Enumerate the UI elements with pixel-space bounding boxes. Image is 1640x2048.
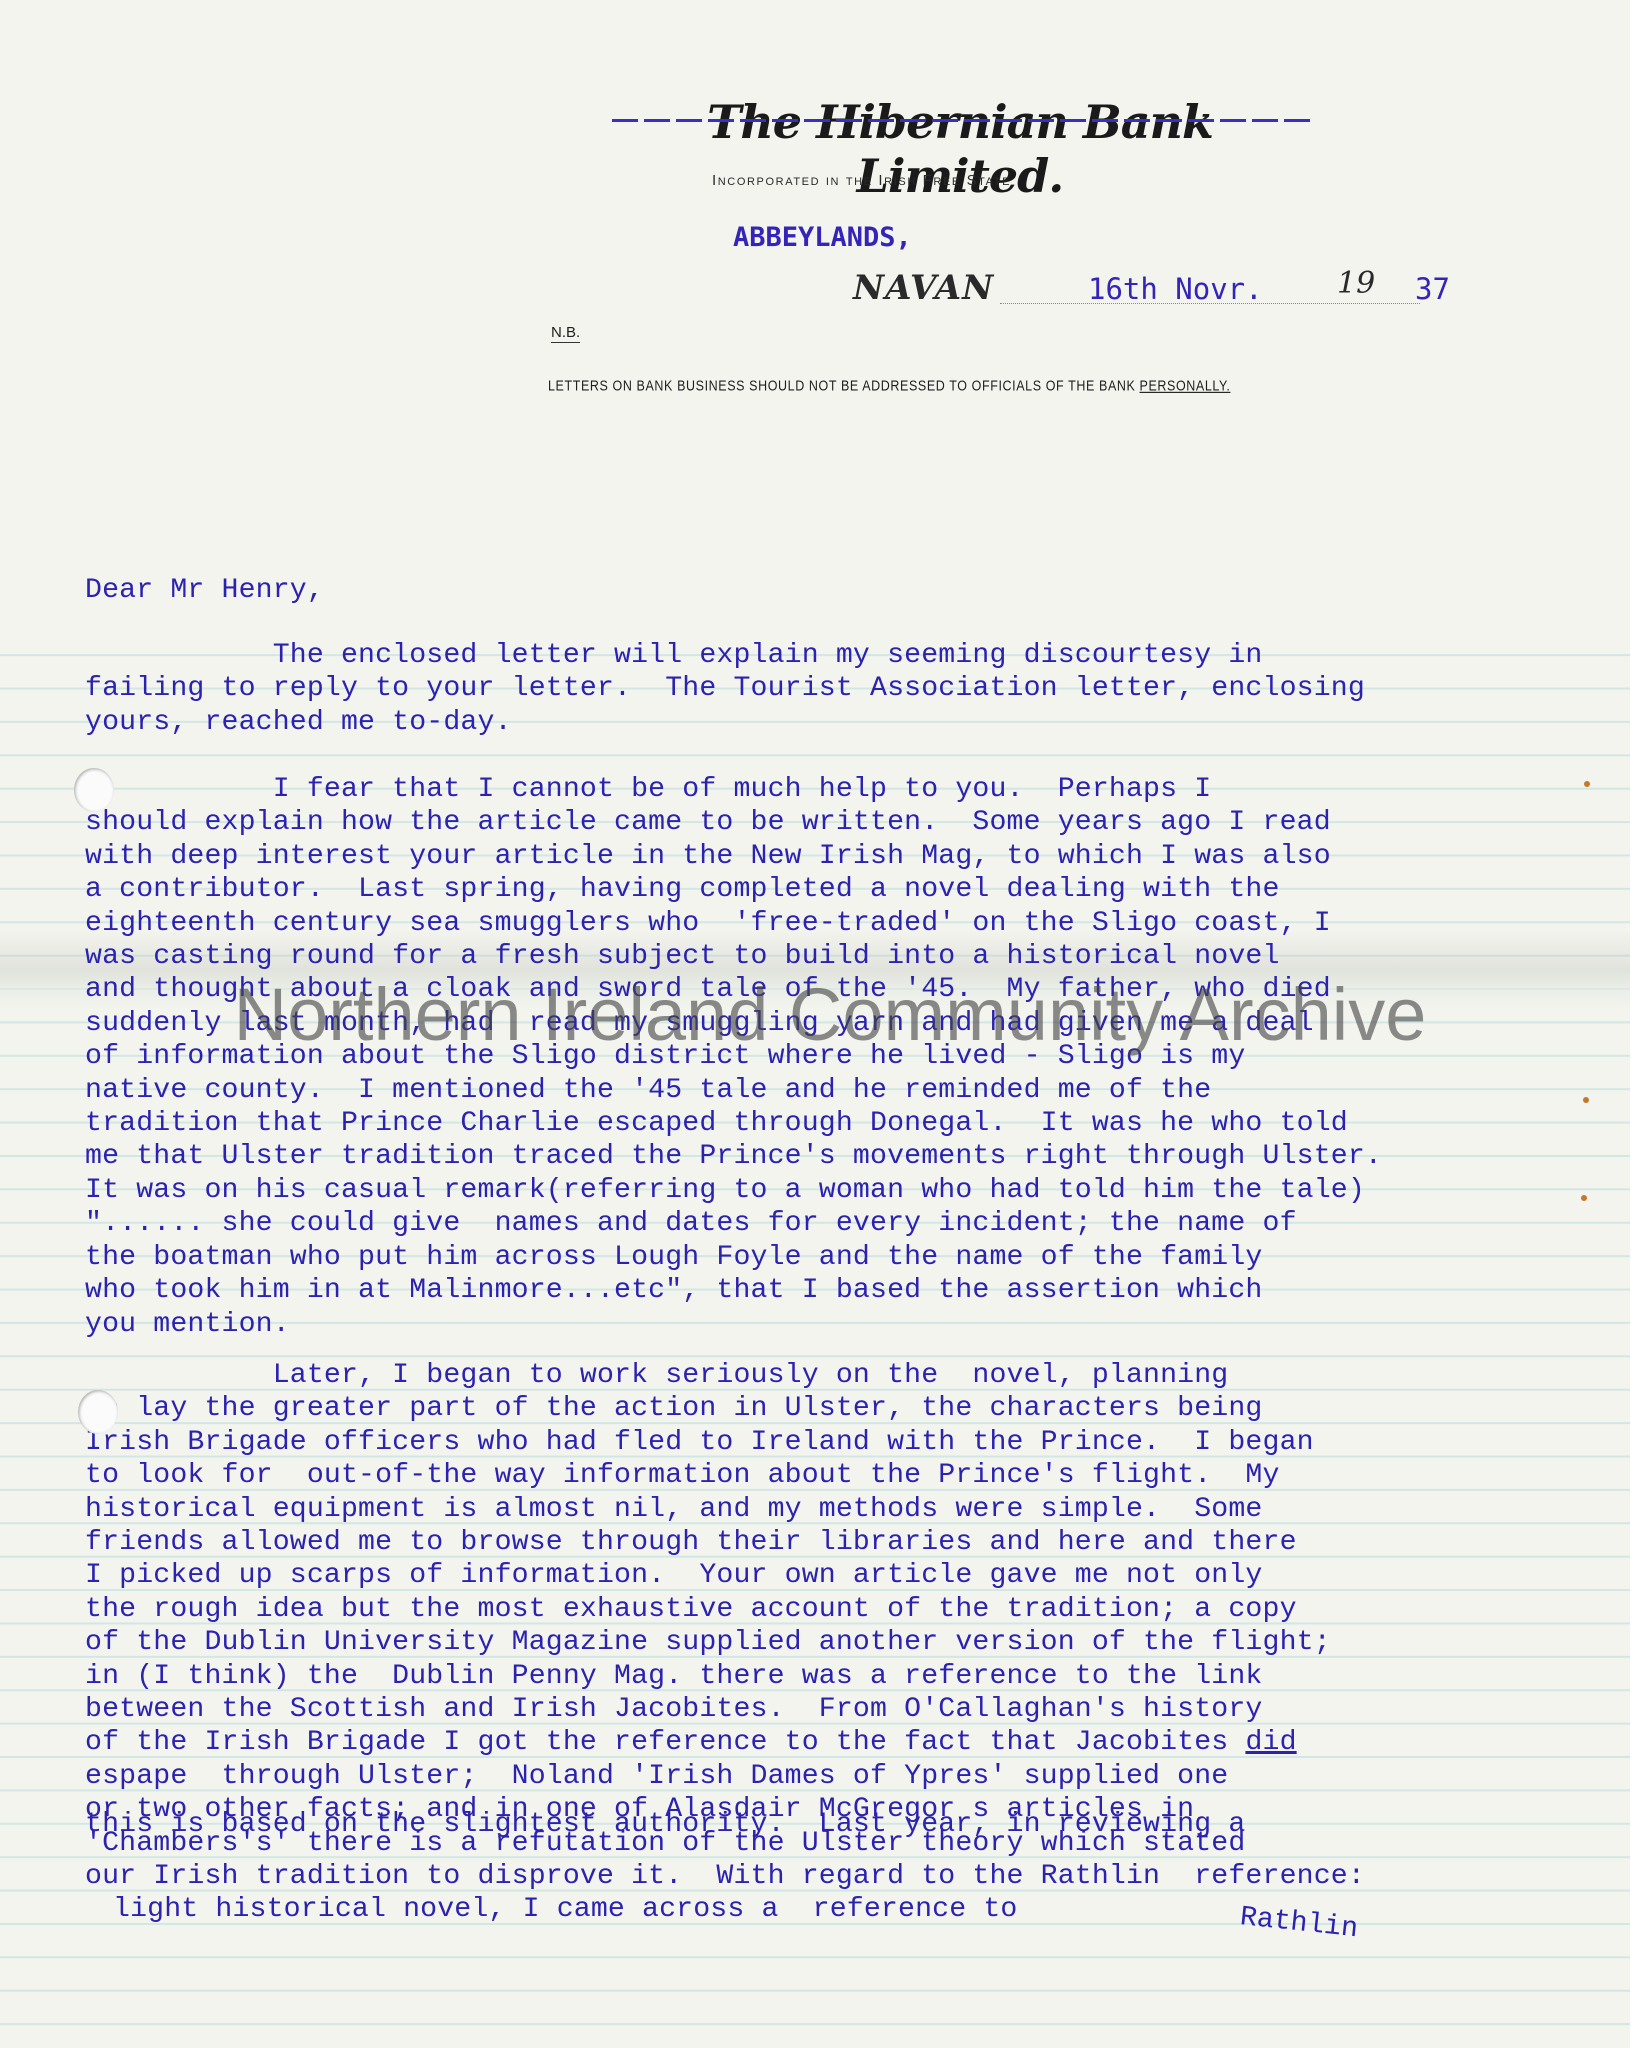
typed-line: failing to reply to your letter. The Tou… xyxy=(85,672,1365,705)
typed-line: tradition that Prince Charlie escaped th… xyxy=(85,1107,1382,1140)
typed-line: The enclosed letter will explain my seem… xyxy=(85,639,1365,672)
rust-spot xyxy=(1581,1195,1587,1201)
typed-line: Later, I began to work seriously on the … xyxy=(85,1359,1365,1392)
typed-line: the boatman who put him across Lough Foy… xyxy=(85,1241,1382,1274)
underlined-word: did xyxy=(1245,1727,1296,1758)
nb-label: N.B. xyxy=(551,324,580,343)
typed-line: this is based on the slightest authority… xyxy=(85,1808,1245,1841)
page-edge xyxy=(1630,0,1640,2048)
typed-line: was casting round for a fresh subject to… xyxy=(85,940,1382,973)
typed-line: of the Irish Brigade I got the reference… xyxy=(85,1726,1365,1759)
typed-line: I fear that I cannot be of much help to … xyxy=(85,773,1382,806)
typed-line: friends allowed me to browse through the… xyxy=(85,1526,1365,1559)
typed-line: Irish Brigade officers who had fled to I… xyxy=(85,1426,1365,1459)
letter-date: 16th Novr. xyxy=(1088,272,1263,306)
typed-line: in (I think) the Dublin Penny Mag. there… xyxy=(85,1660,1365,1693)
notice-emphasis: PERSONALLY. xyxy=(1140,378,1231,394)
typed-line: to lay the greater part of the action in… xyxy=(85,1392,1365,1425)
incorporated-text: Incorporated in the Irish Free State xyxy=(712,172,1011,189)
sender-town: NAVAN xyxy=(853,268,994,308)
typed-line: historical equipment is almost nil, and … xyxy=(85,1493,1365,1526)
notice-text: LETTERS ON BANK BUSINESS SHOULD NOT BE A… xyxy=(548,378,1140,394)
year-typed: 37 xyxy=(1415,272,1450,306)
typed-line: native county. I mentioned the '45 tale … xyxy=(85,1074,1382,1107)
typed-line: yours, reached me to-day. xyxy=(85,706,1365,739)
typed-line: me that Ulster tradition traced the Prin… xyxy=(85,1140,1382,1173)
paragraph-1: The enclosed letter will explain my seem… xyxy=(85,639,1365,739)
sender-address: ABBEYLANDS, xyxy=(733,222,912,253)
typed-line: should explain how the article came to b… xyxy=(85,806,1382,839)
typed-line: who took him in at Malinmore...etc", tha… xyxy=(85,1274,1382,1307)
bank-notice: LETTERS ON BANK BUSINESS SHOULD NOT BE A… xyxy=(548,378,1230,394)
typed-line: espape through Ulster; Noland 'Irish Dam… xyxy=(85,1760,1365,1793)
typed-line: of the Dublin University Magazine suppli… xyxy=(85,1626,1365,1659)
strikethrough-line xyxy=(612,119,1312,122)
archive-watermark: Northern Ireland Community Archive xyxy=(100,972,1560,1057)
typed-line: the rough idea but the most exhaustive a… xyxy=(85,1593,1365,1626)
year-printed: 19 xyxy=(1337,266,1375,301)
punch-hole-top xyxy=(74,768,114,812)
typed-line: our Irish tradition to disprove it. With… xyxy=(85,1860,1365,1893)
paragraph-3-continued: this is based on the slightest authority… xyxy=(85,1808,1245,1841)
typed-line: between the Scottish and Irish Jacobites… xyxy=(85,1693,1365,1726)
typed-line: a contributor. Last spring, having compl… xyxy=(85,873,1382,906)
typed-line: I picked up scarps of information. Your … xyxy=(85,1559,1365,1592)
punch-hole-bottom xyxy=(78,1390,118,1434)
rust-spot xyxy=(1584,781,1590,787)
salutation: Dear Mr Henry, xyxy=(85,574,324,607)
paragraph-3-last-line: light historical novel, I came across a … xyxy=(113,1893,1017,1926)
typed-line: "...... she could give names and dates f… xyxy=(85,1207,1382,1240)
typed-line: with deep interest your article in the N… xyxy=(85,840,1382,873)
typed-line: to look for out-of-the way information a… xyxy=(85,1459,1365,1492)
typed-line: eighteenth century sea smugglers who 'fr… xyxy=(85,907,1382,940)
typed-line: you mention. xyxy=(85,1308,1382,1341)
typed-line: It was on his casual remark(referring to… xyxy=(85,1174,1382,1207)
rust-spot xyxy=(1583,1097,1589,1103)
